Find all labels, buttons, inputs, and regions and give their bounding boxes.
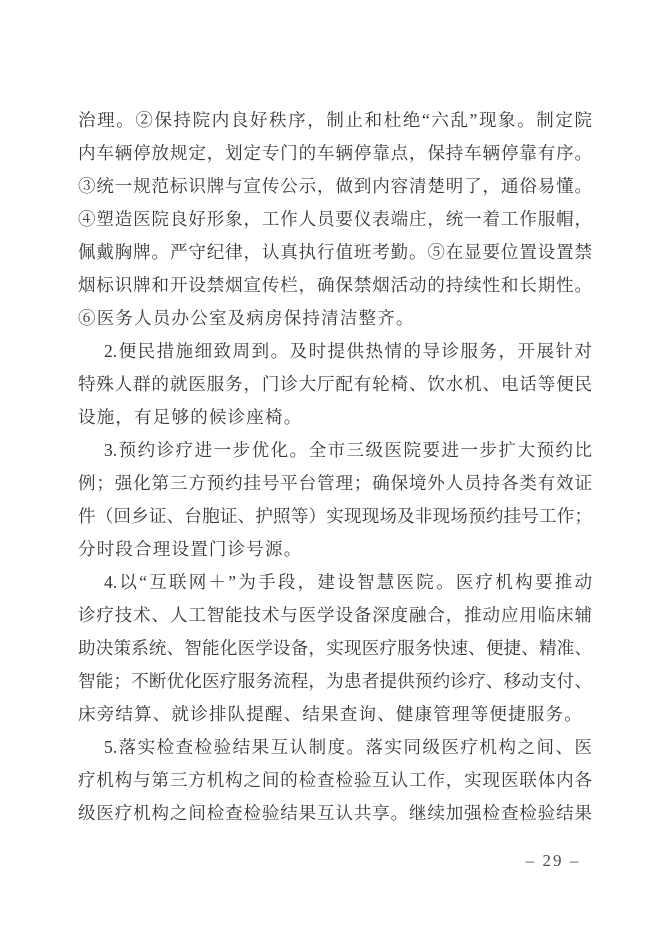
text-line: 烟标识牌和开设禁烟宣传栏，确保禁烟活动的持续性和长期性。 [78,269,592,302]
paragraph-item-5: 5.落实检查检验结果互认制度。落实同级医疗机构之间、医 疗机构与第三方机构之间的… [78,731,592,830]
text-line: ④塑造医院良好形象，工作人员要仪表端庄，统一着工作服帽， [78,203,592,236]
paragraph-item-4: 4.以“互联网＋”为手段，建设智慧医院。医疗机构要推动 诊疗技术、人工智能技术与… [78,566,592,731]
paragraph-item-2: 2.便民措施细致周到。及时提供热情的导诊服务，开展针对 特殊人群的就医服务，门诊… [78,335,592,434]
paragraph-item-3: 3.预约诊疗进一步优化。全市三级医院要进一步扩大预约比 例；强化第三方预约挂号平… [78,434,592,566]
text-line: 件（回乡证、台胞证、护照等）实现现场及非现场预约挂号工作； [78,500,592,533]
text-line: 设施，有足够的候诊座椅。 [78,401,592,434]
page-number: – 29 – [514,851,592,871]
text-line: 5.落实检查检验结果互认制度。落实同级医疗机构之间、医 [78,731,592,764]
text-line: 2.便民措施细致周到。及时提供热情的导诊服务，开展针对 [78,335,592,368]
text-line: 例；强化第三方预约挂号平台管理；确保境外人员持各类有效证 [78,467,592,500]
text-line: 4.以“互联网＋”为手段，建设智慧医院。医疗机构要推动 [78,566,592,599]
text-line: 床旁结算、就诊排队提醒、结果查询、健康管理等便捷服务。 [78,698,592,731]
text-line: 疗机构与第三方机构之间的检查检验互认工作，实现医联体内各 [78,764,592,797]
text-line: 内车辆停放规定，划定专门的车辆停靠点，保持车辆停靠有序。 [78,137,592,170]
text-line: 佩戴胸牌。严守纪律，认真执行值班考勤。⑤在显要位置设置禁 [78,236,592,269]
text-line: 特殊人群的就医服务，门诊大厅配有轮椅、饮水机、电话等便民 [78,368,592,401]
text-line: 助决策系统、智能化医学设备，实现医疗服务快速、便捷、精准、 [78,632,592,665]
text-line: 分时段合理设置门诊号源。 [78,533,592,566]
paragraph-continuation: 治理。②保持院内良好秩序，制止和杜绝“六乱”现象。制定院 内车辆停放规定，划定专… [78,104,592,335]
text-line: 级医疗机构之间检查检验结果互认共享。继续加强检查检验结果 [78,797,592,830]
text-line: 治理。②保持院内良好秩序，制止和杜绝“六乱”现象。制定院 [78,104,592,137]
document-page: 治理。②保持院内良好秩序，制止和杜绝“六乱”现象。制定院 内车辆停放规定，划定专… [0,0,668,936]
text-line: 3.预约诊疗进一步优化。全市三级医院要进一步扩大预约比 [78,434,592,467]
text-line: ⑥医务人员办公室及病房保持清洁整齐。 [78,302,592,335]
document-body: 治理。②保持院内良好秩序，制止和杜绝“六乱”现象。制定院 内车辆停放规定，划定专… [78,104,592,830]
text-line: ③统一规范标识牌与宣传公示，做到内容清楚明了，通俗易懂。 [78,170,592,203]
text-line: 诊疗技术、人工智能技术与医学设备深度融合，推动应用临床辅 [78,599,592,632]
text-line: 智能；不断优化医疗服务流程，为患者提供预约诊疗、移动支付、 [78,665,592,698]
